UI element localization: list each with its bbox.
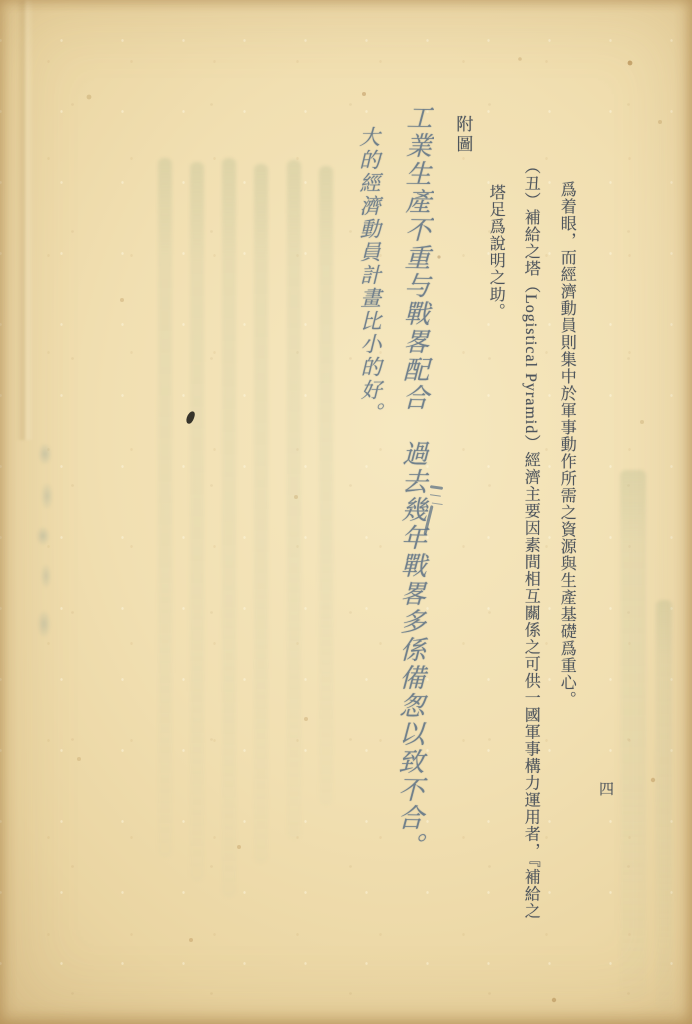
- bleedthrough-stripe: [158, 158, 172, 858]
- bleedthrough-stripe: [620, 470, 646, 1000]
- printed-column-1: 爲着眼，而經濟動員則集中於軍事動作所需之資源與生產基礎爲重心。: [557, 181, 576, 708]
- figure-label: 附圖: [452, 115, 472, 155]
- scanned-page: 爲着眼，而經濟動員則集中於軍事動作所需之資源與生產基礎爲重心。 （丑）補給之塔（…: [0, 0, 692, 1024]
- ink-speck: [185, 410, 196, 425]
- scan-vignette: [0, 0, 692, 1024]
- bleedthrough-stripe: [190, 162, 204, 882]
- page-crease: [16, 0, 34, 440]
- printed-column-3: 塔足爲說明之助。: [486, 184, 505, 320]
- bleedthrough-smudge: [34, 434, 56, 660]
- bleedthrough-stripe: [222, 158, 236, 898]
- bleedthrough-stripe: [656, 600, 672, 1010]
- handwritten-note-left: 大的經濟動員計畫比小的好。: [352, 126, 386, 425]
- paper-texture: [0, 0, 692, 1024]
- bleedthrough-stripe: [254, 164, 268, 864]
- printed-column-2: （丑）補給之塔（Logistical Pyramid）經濟主要因素間相互關係之可…: [521, 158, 540, 919]
- bleedthrough-stripe: [287, 160, 301, 840]
- paper-speckles: [0, 0, 2, 2]
- bleedthrough-stripe: [319, 166, 333, 806]
- page-number: 四: [596, 781, 614, 796]
- handwritten-note-right: 工業生產不重与戰畧配合 過去幾年戰畧多係備怱以致不合。: [389, 104, 437, 860]
